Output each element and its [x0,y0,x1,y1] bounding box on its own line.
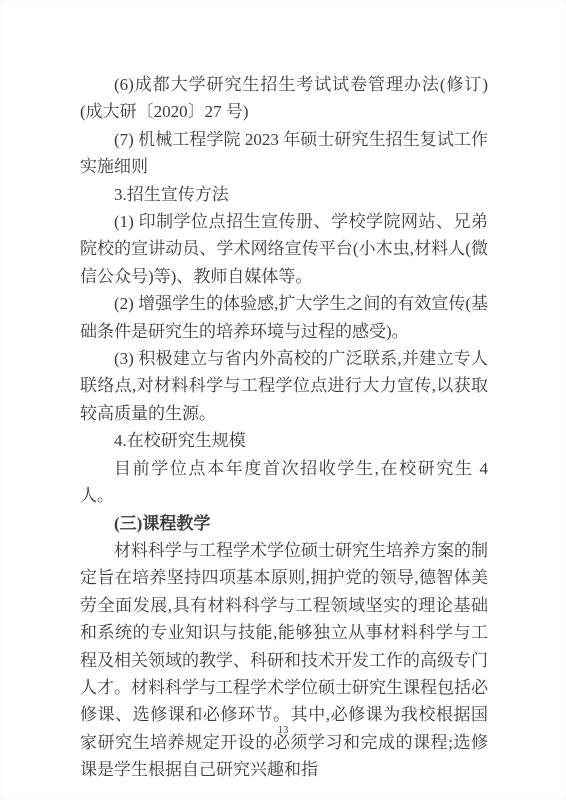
promotion-method-2: (2) 增强学生的体验感,扩大学生之间的有效宣传(基础条件是研究生的培养环境与过… [80,290,488,345]
enrolled-students-statement: 目前学位点本年度首次招收学生,在校研究生 4 人。 [80,455,488,510]
doc-item-7-reexam-implementation-rules: (7) 机械工程学院 2023 年硕士研究生招生复试工作实施细则 [80,126,488,181]
section-4-enrolled-students-heading: 4.在校研究生规模 [80,427,488,454]
document-body-text: (6)成都大学研究生招生考试试卷管理办法(修订)(成大研〔2020〕27 号) … [80,71,488,784]
section-3-admissions-promotion-heading: 3.招生宣传方法 [80,181,488,208]
promotion-method-3: (3) 积极建立与省内外高校的广泛联系,并建立专人联络点,对材料科学与工程学位点… [80,345,488,427]
page-number: 13 [0,724,566,736]
subsection-3-course-teaching-heading: (三)课程教学 [80,510,488,537]
document-page: (6)成都大学研究生招生考试试卷管理办法(修订)(成大研〔2020〕27 号) … [0,0,566,800]
promotion-method-1: (1) 印制学位点招生宣传册、学校学院网站、兄弟院校的宣讲动员、学术网络宣传平台… [80,208,488,290]
doc-item-6-exam-paper-management: (6)成都大学研究生招生考试试卷管理办法(修订)(成大研〔2020〕27 号) [80,71,488,126]
course-teaching-paragraph: 材料科学与工程学术学位硕士研究生培养方案的制定旨在培养坚持四项基本原则,拥护党的… [80,537,488,784]
